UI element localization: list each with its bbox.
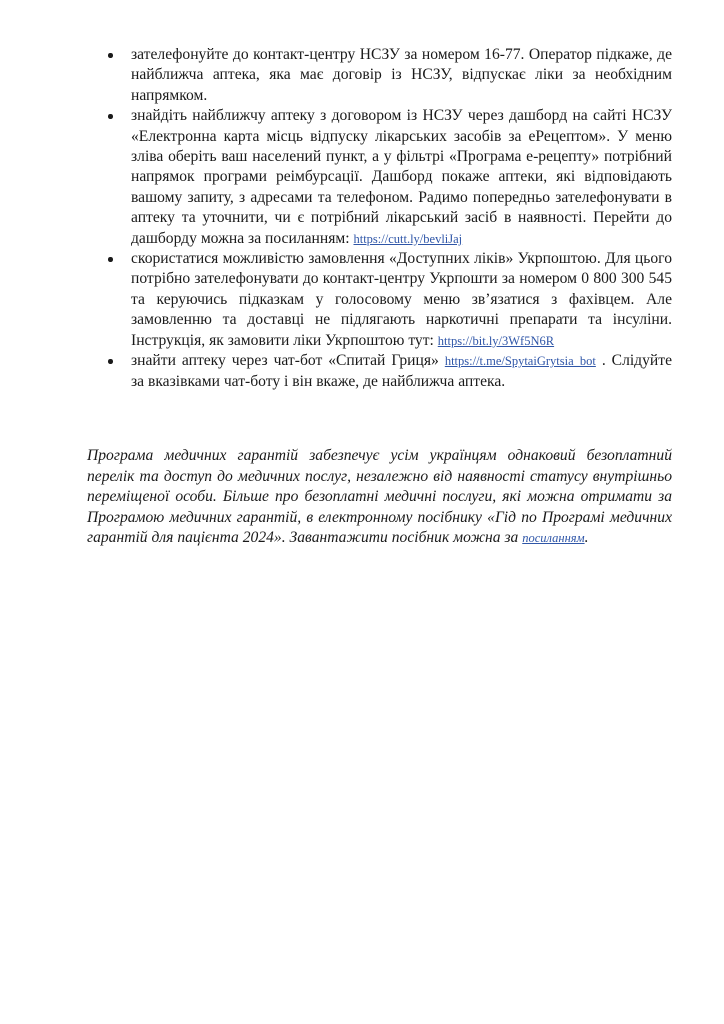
document-page: зателефонуйте до контакт-центру НСЗУ за … (0, 0, 724, 1024)
list-item-ukrposhta: скористатися можливістю замовлення «Дост… (131, 249, 672, 351)
list-item-text: знайти аптеку через чат-бот «Спитай Гриц… (131, 352, 445, 369)
list-item-chatbot: знайти аптеку через чат-бот «Спитай Гриц… (131, 351, 672, 392)
bullet-icon (108, 53, 113, 58)
list-item-text: знайдіть найближчу аптеку з договором із… (131, 107, 672, 246)
bullet-icon (108, 257, 113, 262)
paragraph-suffix: . (585, 529, 589, 546)
list-item-text: скористатися можливістю замовлення «Дост… (131, 250, 672, 349)
pharmacy-options-list: зателефонуйте до контакт-центру НСЗУ за … (131, 45, 672, 392)
ukrposhta-instruction-link[interactable]: https://bit.ly/3Wf5N6R (438, 334, 554, 348)
list-item-dashboard: знайдіть найближчу аптеку з договором із… (131, 106, 672, 249)
dashboard-link[interactable]: https://cutt.ly/bevliJaj (353, 232, 462, 246)
guide-download-link[interactable]: посиланням (522, 531, 584, 545)
medical-guarantees-paragraph: Програма медичних гарантій забезпечує ус… (87, 446, 672, 549)
list-item-call-center: зателефонуйте до контакт-центру НСЗУ за … (131, 45, 672, 106)
bullet-icon (108, 359, 113, 364)
list-item-text: зателефонуйте до контакт-центру НСЗУ за … (131, 46, 672, 104)
bullet-icon (108, 114, 113, 119)
chatbot-link[interactable]: https://t.me/SpytaiGrytsia_bot (445, 354, 596, 368)
